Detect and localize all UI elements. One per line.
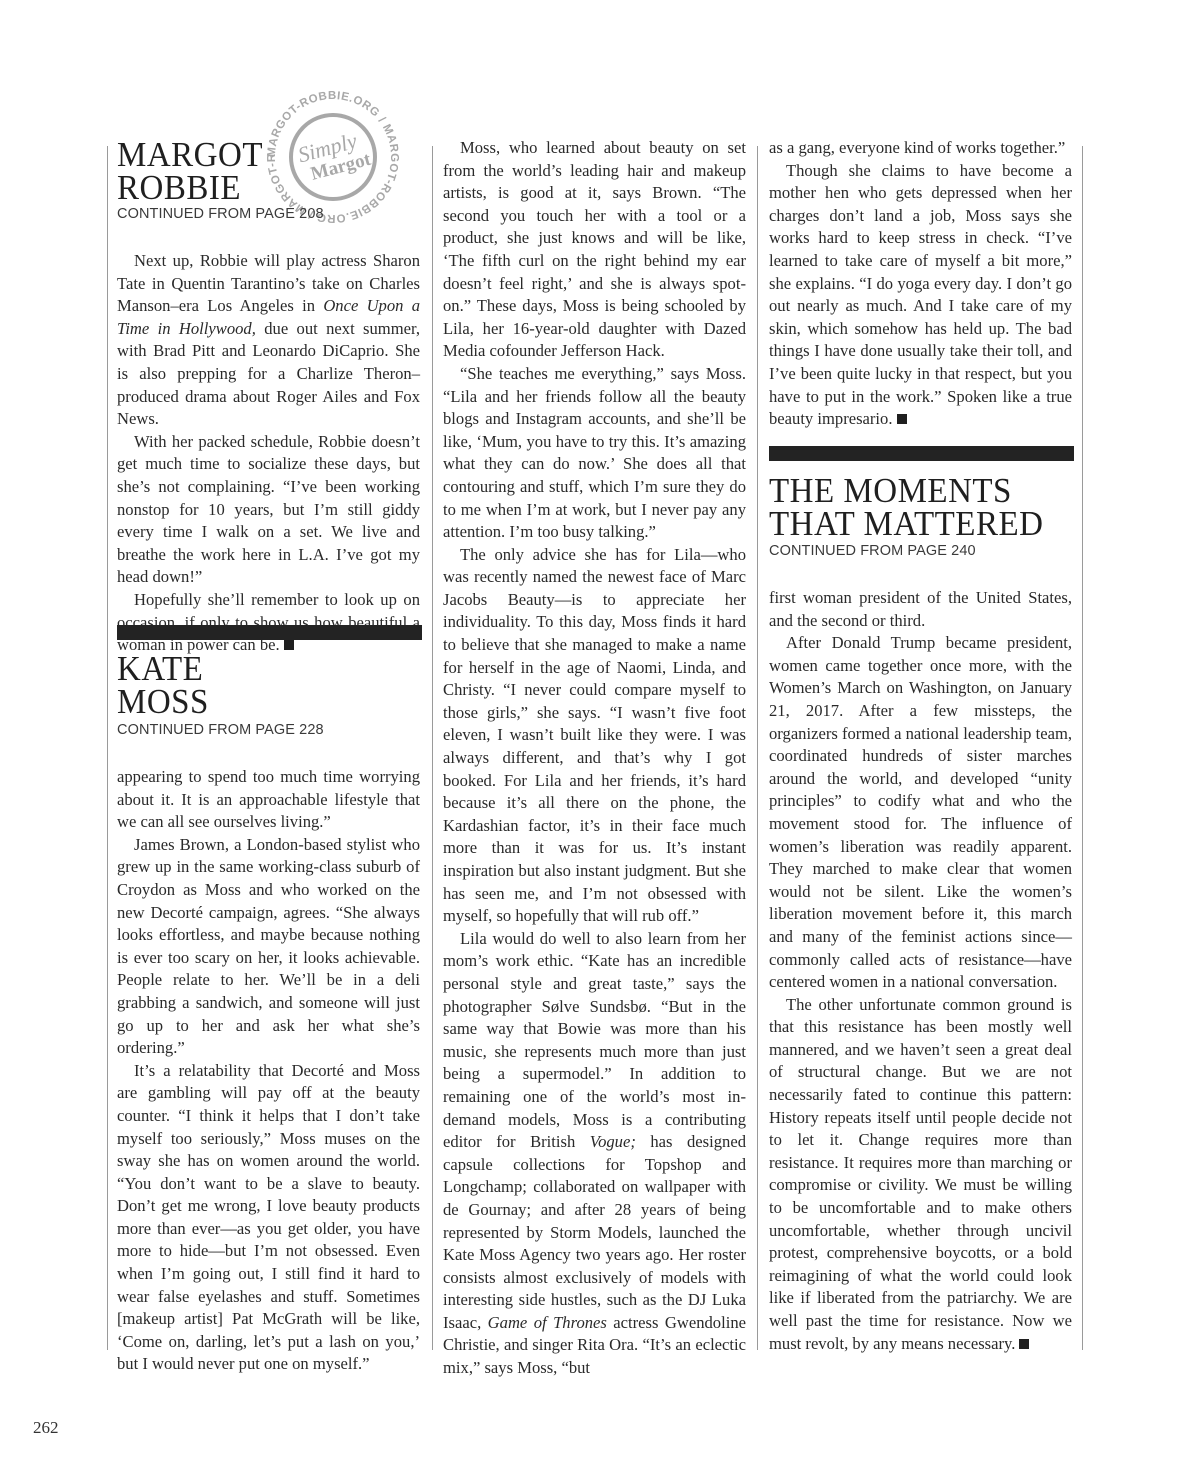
paragraph: first woman president of the United Stat…: [769, 587, 1072, 632]
moments-body: first woman president of the United Stat…: [769, 587, 1072, 1355]
magazine-page: MARGOT-ROBBIE.ORG / MARGOT-ROBBIE.ORG / …: [0, 0, 1200, 1470]
margot-robbie-continued-from: CONTINUED FROM PAGE 208: [117, 206, 324, 222]
kate-moss-body-col2: Moss, who learned about beauty on set fr…: [443, 137, 746, 1380]
moments-continued-from: CONTINUED FROM PAGE 240: [769, 543, 976, 559]
paragraph: “She teaches me everything,” says Moss. …: [443, 363, 746, 544]
end-mark-icon: [897, 414, 907, 424]
paragraph: Next up, Robbie will play actress Sharon…: [117, 250, 420, 431]
margot-robbie-body: Next up, Robbie will play actress Sharon…: [117, 250, 420, 657]
page-number: 262: [33, 1418, 59, 1438]
paragraph: Hopefully she’ll remember to look up on …: [117, 589, 420, 657]
column-rule-left: [107, 146, 108, 1350]
section-divider-bar: [117, 625, 422, 640]
paragraph: The only advice she has for Lila—who was…: [443, 544, 746, 928]
kate-moss-body-col3: as a gang, everyone kind of works togeth…: [769, 137, 1072, 431]
section-divider-bar: [769, 446, 1074, 461]
paragraph: Lila would do well to also learn from he…: [443, 928, 746, 1380]
paragraph: It’s a relatability that Decorté and Mos…: [117, 1060, 420, 1376]
end-mark-icon: [284, 640, 294, 650]
paragraph: James Brown, a London-based stylist who …: [117, 834, 420, 1060]
kate-moss-continued-from: CONTINUED FROM PAGE 228: [117, 722, 324, 738]
moments-headline: THE MOMENTS THAT MATTERED: [769, 476, 1043, 541]
end-mark-icon: [1019, 1339, 1029, 1349]
paragraph: The other unfortunate common ground is t…: [769, 994, 1072, 1356]
column-rule-mid-right: [757, 146, 758, 1350]
paragraph: appearing to spend too much time worryin…: [117, 766, 420, 834]
paragraph: After Donald Trump became president, wom…: [769, 632, 1072, 994]
paragraph: as a gang, everyone kind of works togeth…: [769, 137, 1072, 160]
column-rule-mid-left: [432, 146, 433, 1350]
paragraph: Though she claims to have become a mothe…: [769, 160, 1072, 431]
paragraph: With her packed schedule, Robbie doesn’t…: [117, 431, 420, 589]
paragraph: Moss, who learned about beauty on set fr…: [443, 137, 746, 363]
margot-robbie-headline: MARGOT ROBBIE: [117, 140, 263, 205]
column-rule-right: [1082, 146, 1083, 1350]
kate-moss-body-col1: appearing to spend too much time worryin…: [117, 766, 420, 1376]
kate-moss-headline: KATE MOSS: [117, 654, 209, 719]
